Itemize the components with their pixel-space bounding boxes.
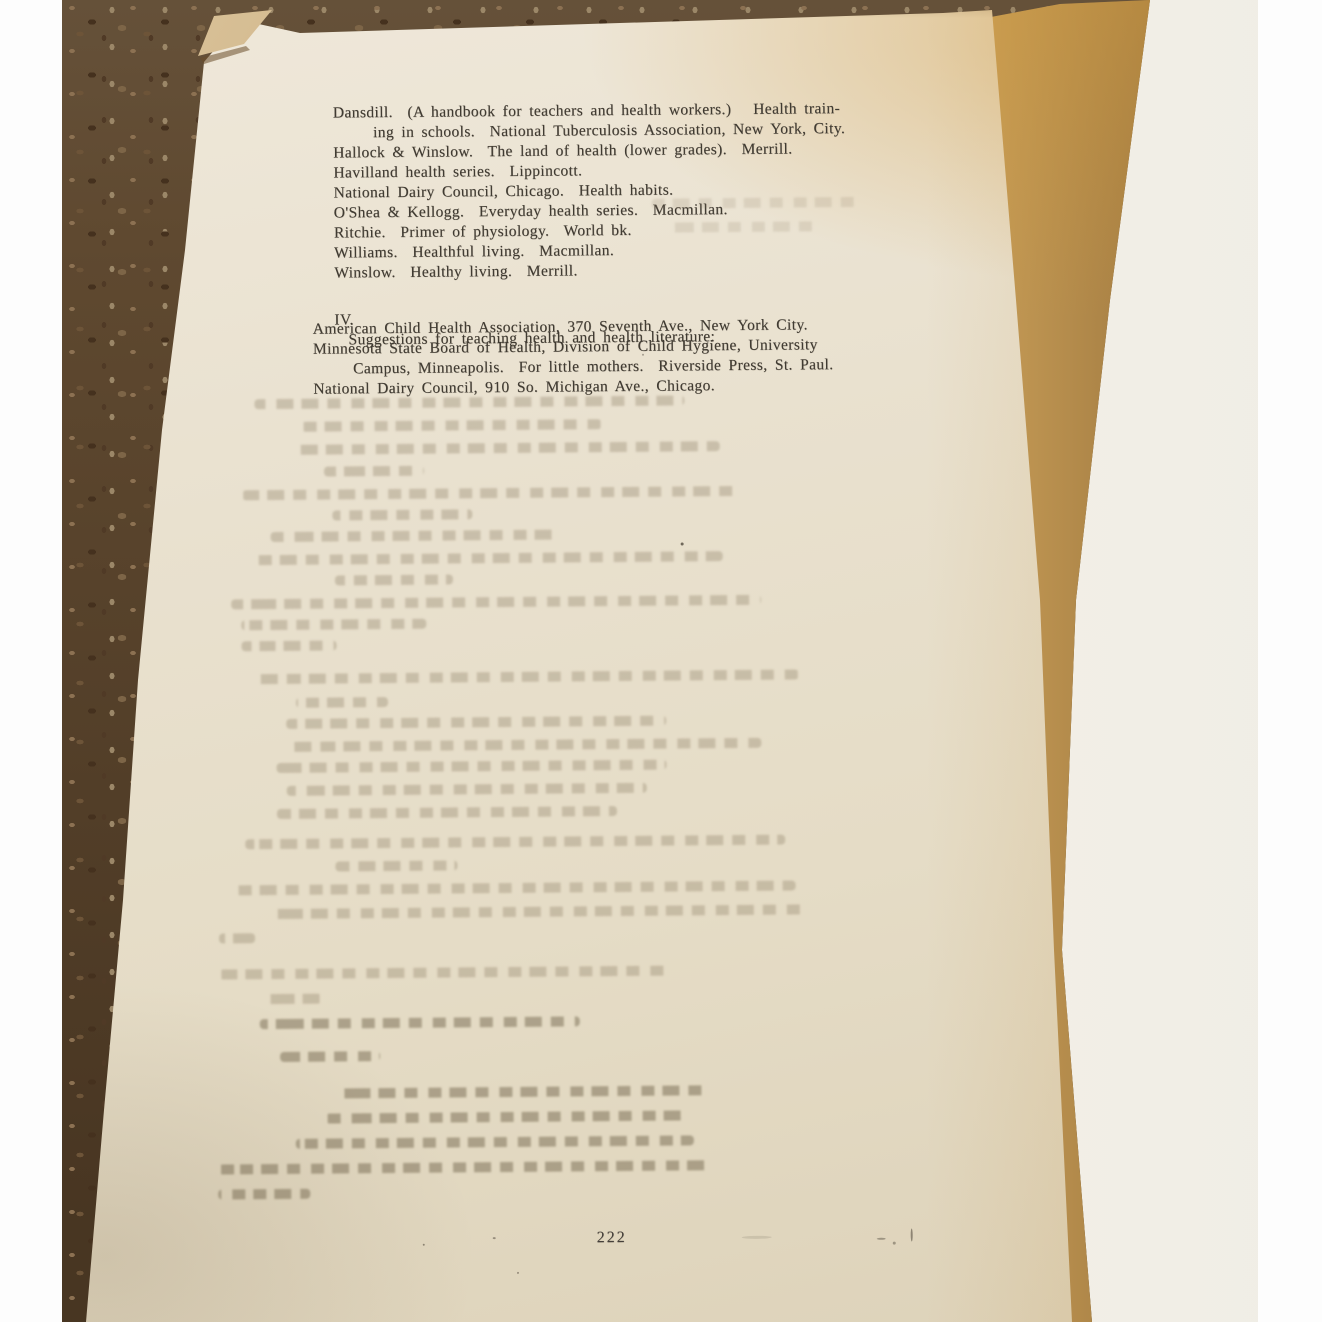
white-matte-left: [0, 0, 62, 1322]
paper-speck: [893, 1242, 896, 1245]
photo-of-open-book: Dansdill. (A handbook for teachers and h…: [0, 0, 1322, 1322]
show-through-line: [219, 966, 669, 980]
show-through-line: [335, 574, 453, 585]
show-through-line: [287, 783, 647, 796]
bibliography-list: Dansdill. (A handbook for teachers and h…: [289, 98, 1011, 284]
show-through-line: [277, 806, 617, 819]
show-through-line: [290, 441, 720, 455]
show-through-line: [668, 221, 816, 232]
show-through-line: [296, 1135, 694, 1148]
paper-speck: [911, 1228, 913, 1241]
show-through-line: [236, 880, 796, 895]
show-through-line: [324, 466, 424, 477]
show-through-line: [260, 1016, 580, 1029]
section-heading: IV. Suggestions for teaching health and …: [290, 287, 715, 311]
white-matte-right: [1258, 0, 1322, 1322]
paper-speck: [642, 354, 644, 356]
paper-speck: [681, 542, 684, 545]
show-through-line: [241, 640, 336, 651]
show-through-line: [245, 835, 785, 850]
paper-speck: [517, 1272, 519, 1274]
page-number: 222: [597, 1229, 627, 1247]
show-through-line: [241, 619, 426, 631]
show-through-line: [271, 530, 561, 543]
show-through-line: [277, 760, 667, 773]
show-through-line: [652, 197, 857, 209]
paper-speck: [493, 1237, 496, 1239]
show-through-line: [253, 551, 723, 565]
show-through-line: [218, 1189, 310, 1200]
show-through-line: [231, 595, 761, 610]
show-through-line: [337, 1085, 705, 1098]
show-through-line: [254, 669, 799, 684]
show-through-line: [335, 860, 457, 871]
show-through-line: [218, 1160, 710, 1174]
show-through-line: [302, 419, 602, 432]
page-content: Dansdill. (A handbook for teachers and h…: [0, 0, 1322, 1322]
show-through-line: [242, 486, 742, 500]
show-through-line: [296, 697, 388, 708]
show-through-line: [274, 904, 804, 919]
show-through-line: [286, 716, 666, 729]
paper-speck: [423, 1244, 425, 1246]
paper-speck: [742, 1236, 772, 1239]
show-through-line: [332, 509, 472, 520]
show-through-line: [286, 738, 761, 752]
paper-speck: [877, 1238, 886, 1240]
show-through-line: [326, 1110, 688, 1123]
show-through-line: [219, 933, 255, 943]
show-through-line: [264, 994, 322, 1005]
show-through-line: [280, 1051, 380, 1062]
resource-list: American Child Health Association, 370 S…: [291, 314, 1012, 400]
